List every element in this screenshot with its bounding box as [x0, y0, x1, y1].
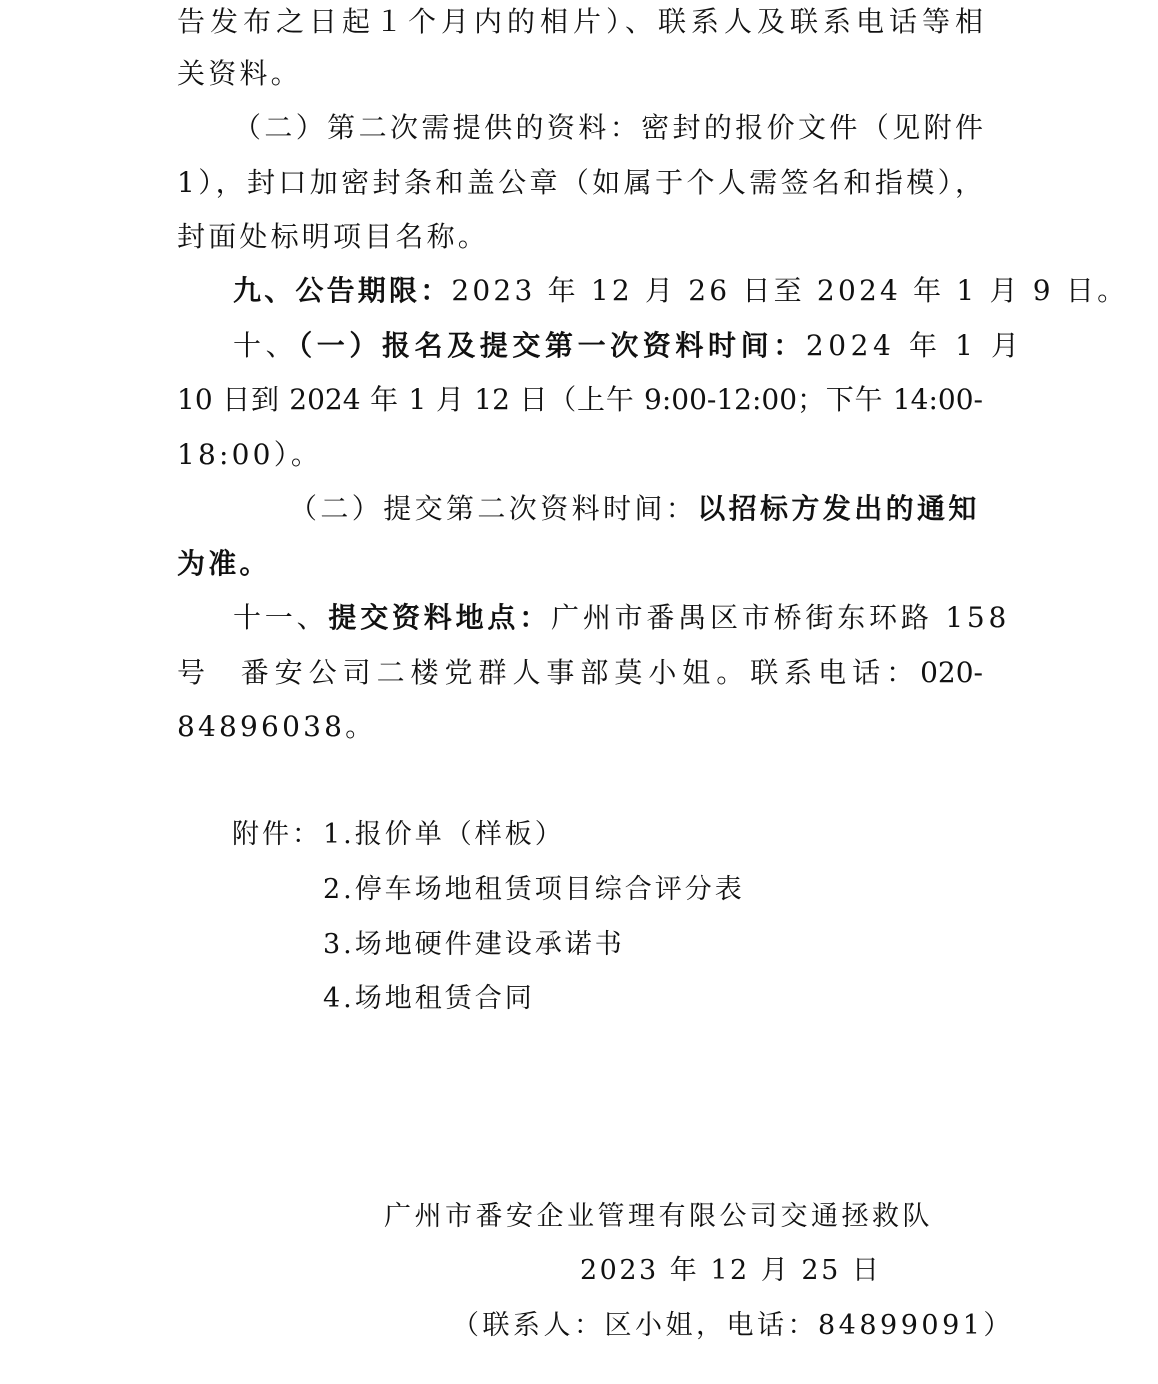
section-10-sub2-value: 以招标方发出的通知	[697, 492, 980, 525]
section-10-registration-time: 十、（一）报名及提交第一次资料时间：2024 年 1 月	[233, 326, 983, 366]
section-10-label: （一）报名及提交第一次资料时间：	[298, 329, 806, 362]
paragraph-line: 1），封口加密封条和盖公章（如属于个人需签名和指模），	[177, 163, 983, 203]
document-page: 告发布之日起１个月内的相片）、联系人及联系电话等相 关资料。 （二）第二次需提供…	[0, 0, 1158, 1384]
section-11-label: 提交资料地点：	[328, 601, 551, 634]
paragraph-line: 10 日到 2024 年 1 月 12 日（上午 9:00-12:00；下午 1…	[177, 380, 983, 420]
paragraph-line: 为准。	[177, 544, 983, 584]
signature-date: 2023 年 12 月 25 日	[580, 1251, 881, 1291]
section-9-announcement-period: 九、公告期限：2023 年 12 月 26 日至 2024 年 1 月 9 日。	[233, 271, 983, 311]
attachment-item: 4.场地租赁合同	[323, 979, 535, 1019]
section-9-label: 九、公告期限：	[233, 274, 451, 307]
signature-organization: 广州市番安企业管理有限公司交通拯救队	[384, 1197, 933, 1237]
section-10-prefix: 十、	[233, 329, 298, 362]
section-10-second-submission-time: （二）提交第二次资料时间：以招标方发出的通知	[289, 489, 983, 529]
section-11-value: 广州市番禺区市桥街东环路 158	[551, 601, 1010, 634]
section-11-prefix: 十一、	[233, 601, 328, 634]
paragraph-line: （二）第二次需提供的资料：密封的报价文件（见附件	[233, 108, 983, 148]
attachment-item: 3.场地硬件建设承诺书	[323, 925, 625, 965]
paragraph-line: 18:00）。	[177, 435, 983, 475]
paragraph-line: 号 番安公司二楼党群人事部莫小姐。联系电话：020-	[177, 653, 983, 693]
attachments-label: 附件：	[232, 815, 322, 855]
section-10-sub2-label: （二）提交第二次资料时间：	[289, 492, 697, 525]
section-10-value: 2024 年 1 月	[806, 329, 1024, 362]
paragraph-line: 告发布之日起１个月内的相片）、联系人及联系电话等相	[177, 2, 983, 42]
section-11-submission-location: 十一、提交资料地点：广州市番禺区市桥街东环路 158	[233, 598, 983, 638]
signature-contact: （联系人：区小姐，电话：84899091）	[452, 1306, 1014, 1346]
paragraph-line: 84896038。	[177, 707, 983, 747]
attachment-item: 1.报价单（样板）	[323, 815, 565, 855]
section-9-value: 2023 年 12 月 26 日至 2024 年 1 月 9 日。	[451, 274, 1128, 307]
paragraph-line: 关资料。	[177, 54, 983, 94]
paragraph-line: 封面处标明项目名称。	[177, 217, 983, 257]
attachment-item: 2.停车场地租赁项目综合评分表	[323, 870, 745, 910]
